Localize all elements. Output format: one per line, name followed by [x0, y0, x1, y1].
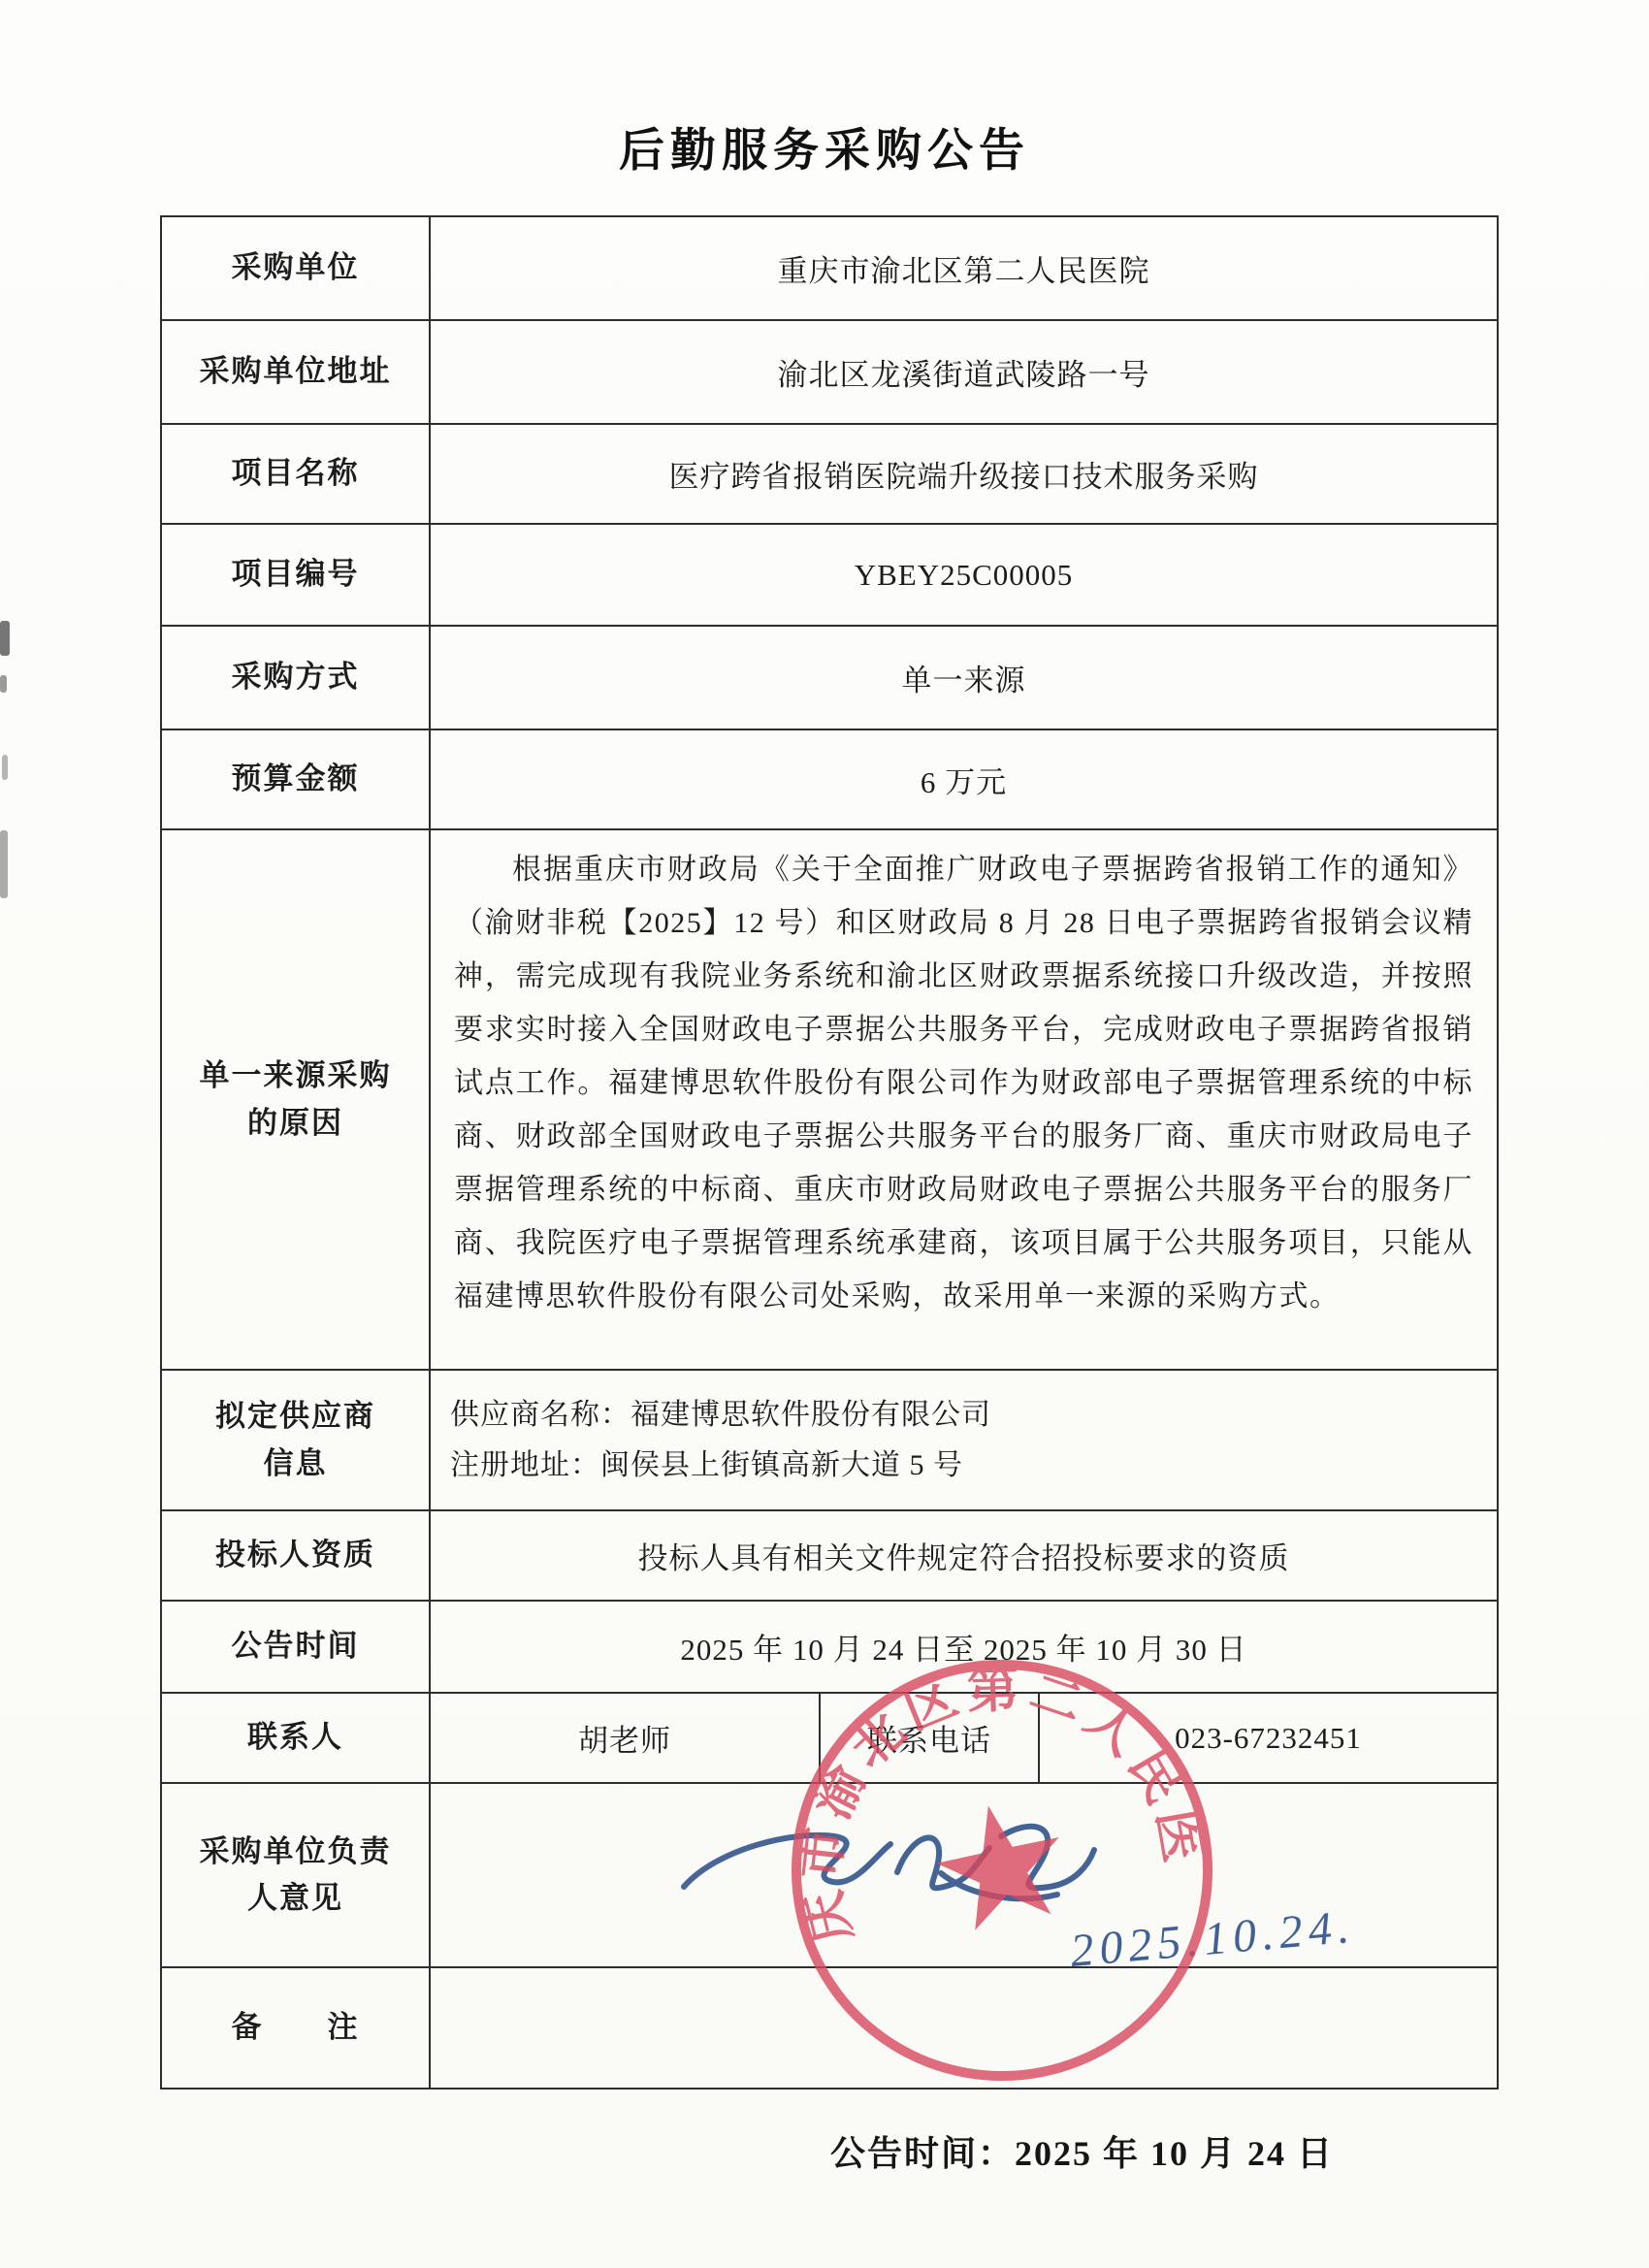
row-label: 备 注: [162, 1968, 431, 2088]
row-label: 采购单位: [162, 217, 431, 319]
supplier-address-line: 注册地址：闽侯县上街镇高新大道 5 号: [450, 1441, 963, 1491]
table-row-project-number: 项目编号 YBEY25C00005: [162, 525, 1497, 627]
row-label: 预算金额: [162, 730, 431, 828]
row-value: 渝北区龙溪街道武陵路一号: [431, 321, 1497, 423]
table-row-contact: 联系人 胡老师 联系电话 023-67232451: [162, 1694, 1497, 1784]
remark-cell: [431, 1968, 1497, 2088]
row-label: 采购方式: [162, 627, 431, 729]
row-label: 联系人: [162, 1694, 431, 1782]
contact-phone-label: 联系电话: [821, 1694, 1040, 1782]
row-label: 公告时间: [162, 1602, 431, 1692]
announcement-table: 采购单位 重庆市渝北区第二人民医院 采购单位地址 渝北区龙溪街道武陵路一号 项目…: [160, 215, 1499, 2090]
table-row-budget: 预算金额 6 万元: [162, 730, 1497, 830]
row-value: 医疗跨省报销医院端升级接口技术服务采购: [431, 425, 1497, 523]
table-row-responsible-person-opinion: 采购单位负责 人意见: [162, 1784, 1497, 1968]
row-label: 采购单位负责 人意见: [162, 1784, 431, 1966]
document-title: 后勤服务采购公告: [0, 114, 1649, 179]
opinion-cell: [431, 1784, 1497, 1966]
row-value: 单一来源: [431, 627, 1497, 729]
scan-artifact: [2, 755, 8, 780]
row-value: YBEY25C00005: [431, 525, 1497, 625]
reason-paragraph: 根据重庆市财政局《关于全面推广财政电子票据跨省报销工作的通知》（渝财非税【202…: [431, 830, 1497, 1369]
table-row-procurement-method: 采购方式 单一来源: [162, 627, 1497, 730]
scan-artifact: [0, 621, 10, 656]
contact-phone-number: 023-67232451: [1040, 1694, 1497, 1782]
row-label: 项目名称: [162, 425, 431, 523]
row-label: 项目编号: [162, 525, 431, 625]
row-value: 重庆市渝北区第二人民医院: [431, 217, 1497, 319]
scan-artifact: [0, 675, 7, 693]
row-label: 投标人资质: [162, 1511, 431, 1600]
contact-name: 胡老师: [431, 1694, 821, 1782]
row-value: 投标人具有相关文件规定符合招投标要求的资质: [431, 1511, 1497, 1600]
supplier-name-line: 供应商名称：福建博思软件股份有限公司: [450, 1390, 991, 1441]
row-label: 拟定供应商 信息: [162, 1371, 431, 1509]
row-value: 6 万元: [431, 730, 1497, 828]
table-row-supplier-info: 拟定供应商 信息 供应商名称：福建博思软件股份有限公司 注册地址：闽侯县上街镇高…: [162, 1371, 1497, 1511]
table-row-purchasing-unit: 采购单位 重庆市渝北区第二人民医院: [162, 217, 1497, 321]
table-row-unit-address: 采购单位地址 渝北区龙溪街道武陵路一号: [162, 321, 1497, 425]
scan-artifact: [0, 830, 8, 898]
scanned-document-page: 后勤服务采购公告 采购单位 重庆市渝北区第二人民医院 采购单位地址 渝北区龙溪街…: [0, 0, 1649, 2268]
table-row-bidder-qualification: 投标人资质 投标人具有相关文件规定符合招投标要求的资质: [162, 1511, 1497, 1602]
row-label: 单一来源采购 的原因: [162, 830, 431, 1369]
row-label: 采购单位地址: [162, 321, 431, 423]
table-row-remark: 备 注: [162, 1968, 1497, 2088]
supplier-info: 供应商名称：福建博思软件股份有限公司 注册地址：闽侯县上街镇高新大道 5 号: [431, 1371, 1497, 1509]
table-row-notice-period: 公告时间 2025 年 10 月 24 日至 2025 年 10 月 30 日: [162, 1602, 1497, 1694]
row-value: 2025 年 10 月 24 日至 2025 年 10 月 30 日: [431, 1602, 1497, 1692]
table-row-single-source-reason: 单一来源采购 的原因 根据重庆市财政局《关于全面推广财政电子票据跨省报销工作的通…: [162, 830, 1497, 1371]
table-row-project-name: 项目名称 医疗跨省报销医院端升级接口技术服务采购: [162, 425, 1497, 525]
announcement-date-footer: 公告时间：2025 年 10 月 24 日: [830, 2126, 1334, 2176]
